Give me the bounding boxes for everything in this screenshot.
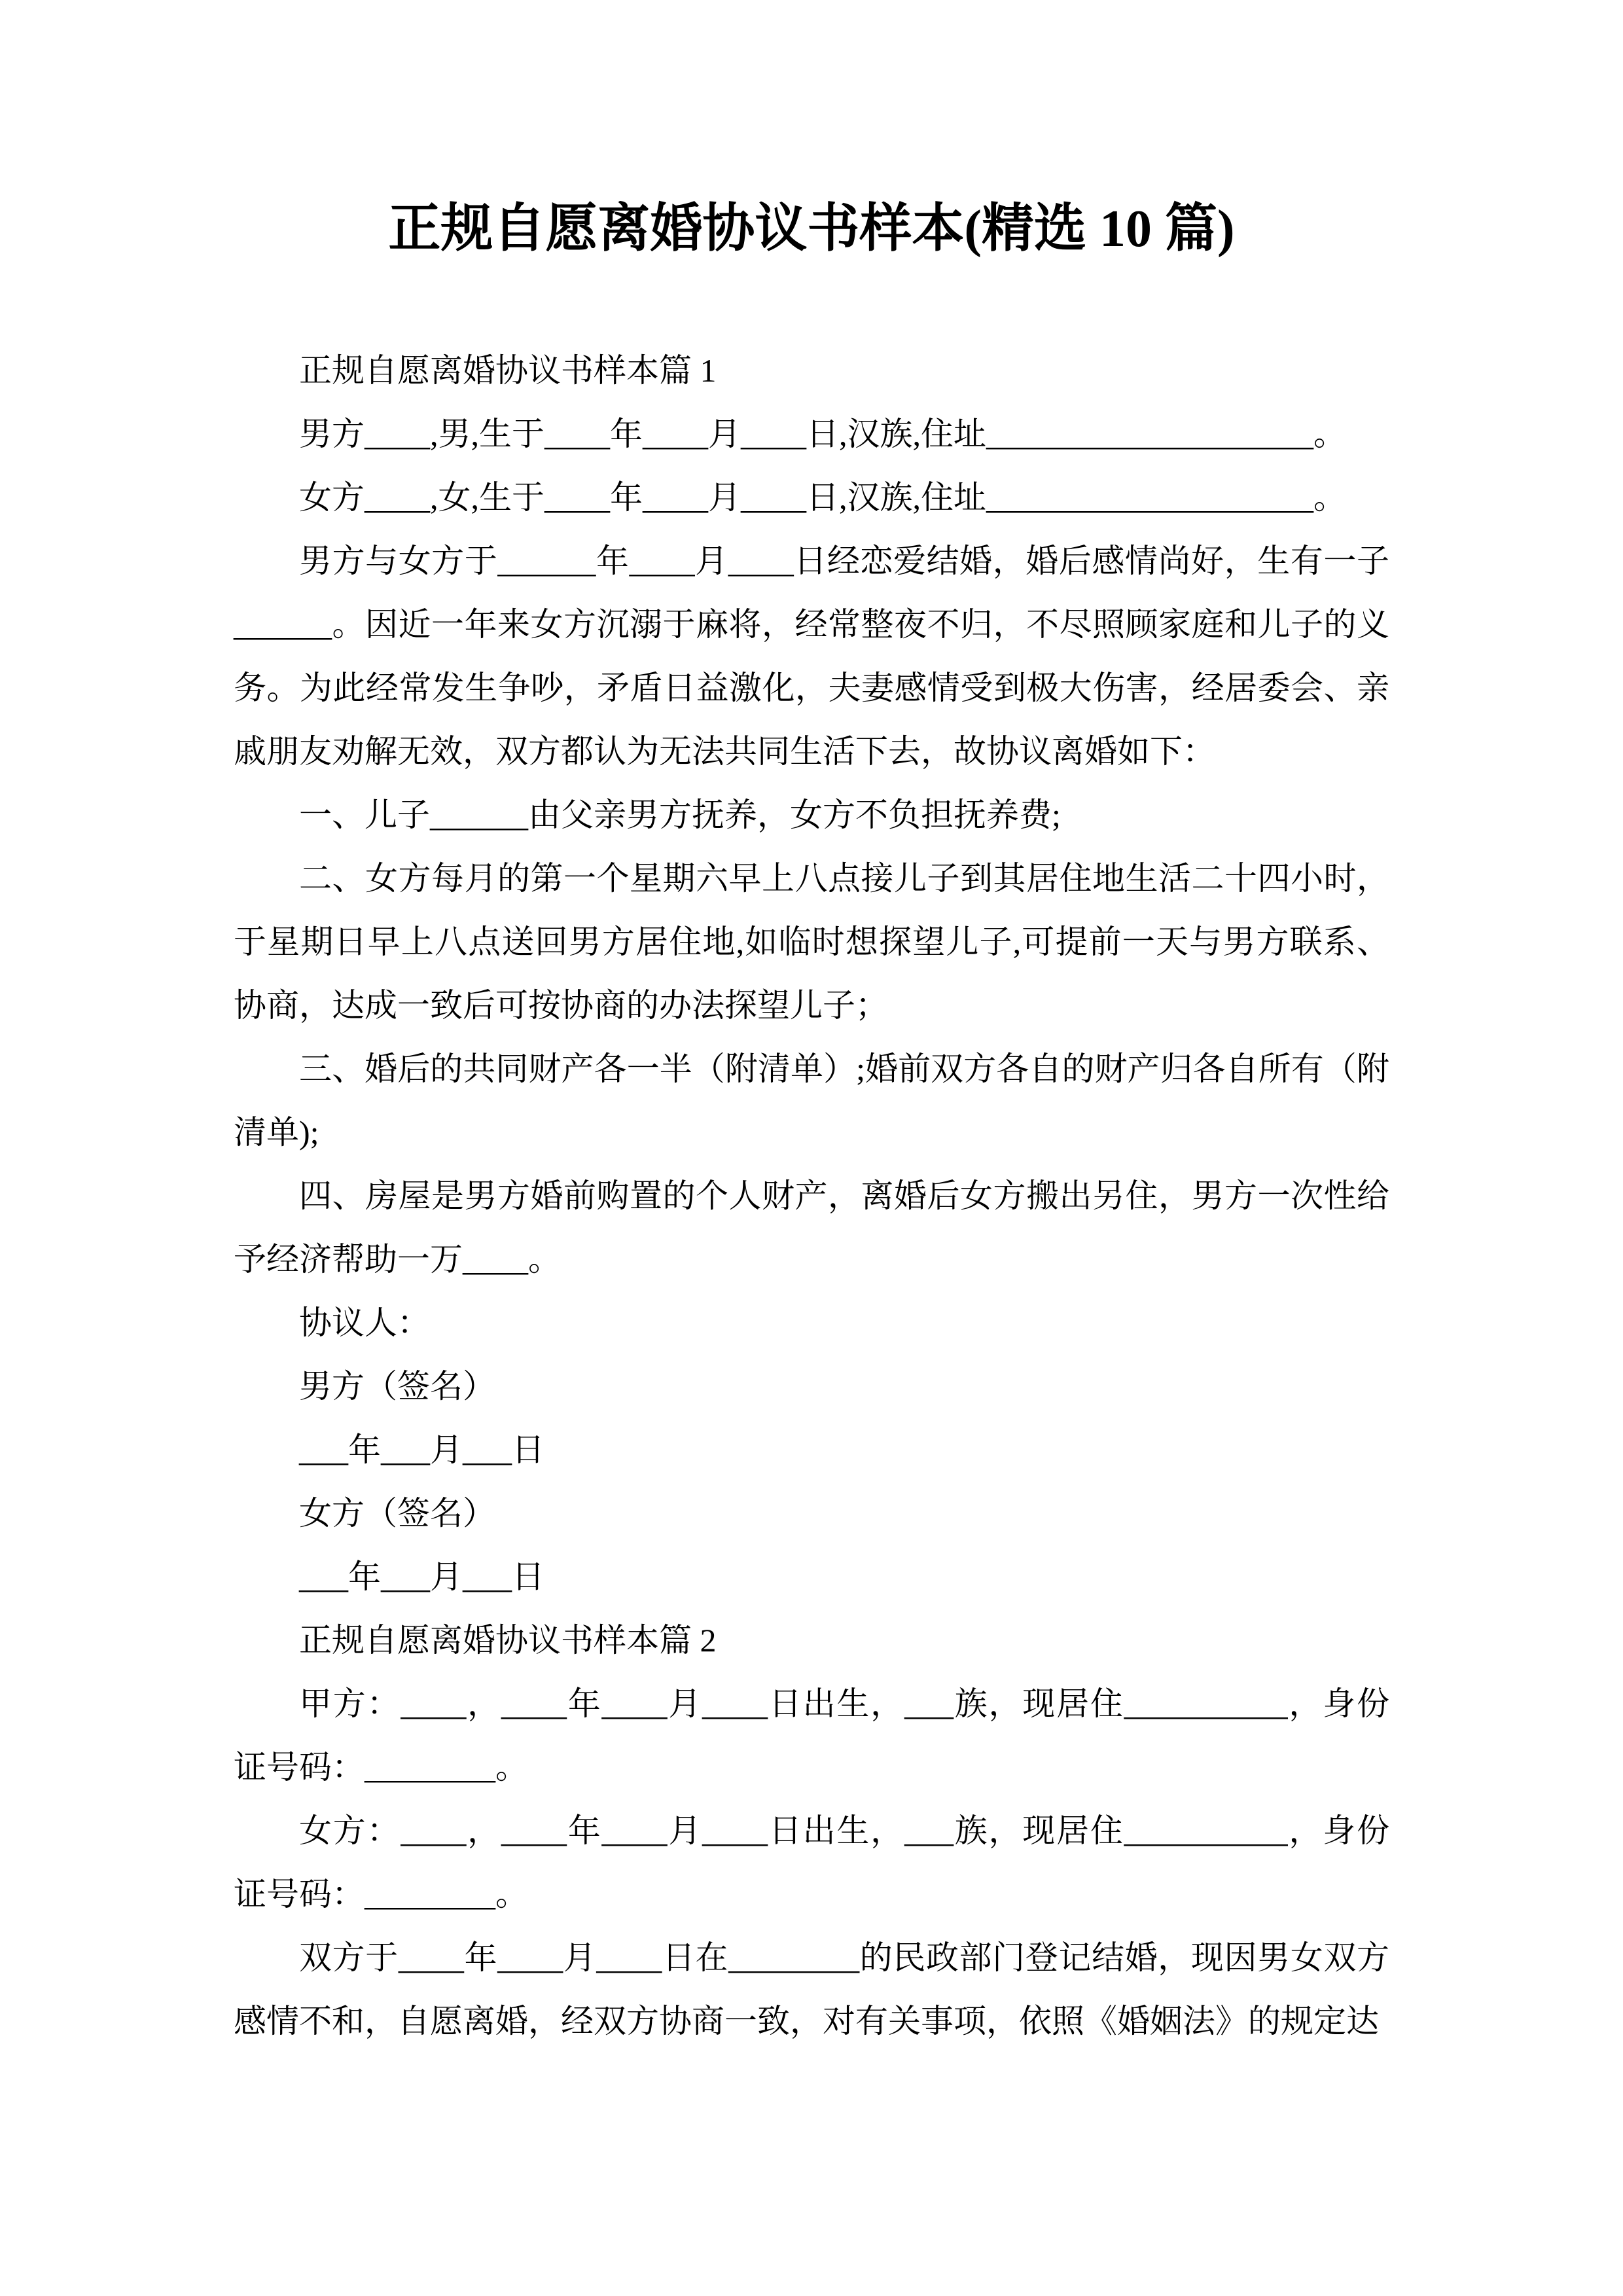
paragraph: 男方（签名） (234, 1355, 1389, 1418)
paragraph: 三、婚后的共同财产各一半（附清单）;婚前双方各自的财产归各自所有（附清单); (234, 1037, 1389, 1164)
paragraph: 协议人： (234, 1291, 1389, 1355)
document-title: 正规自愿离婚协议书样本(精选 10 篇) (234, 196, 1389, 262)
paragraph: ___年___月___日 (234, 1418, 1389, 1482)
paragraph: ___年___月___日 (234, 1545, 1389, 1609)
paragraph: 正规自愿离婚协议书样本篇 1 (234, 339, 1389, 403)
paragraph: 女方____,女,生于____年____月____日,汉族,住址________… (234, 466, 1389, 529)
paragraph: 女方（签名） (234, 1482, 1389, 1545)
paragraph: 男方与女方于______年____月____日经恋爱结婚，婚后感情尚好，生有一子… (234, 529, 1389, 783)
document-body: 正规自愿离婚协议书样本篇 1男方____,男,生于____年____月____日… (234, 339, 1389, 2053)
paragraph: 双方于____年____月____日在________的民政部门登记结婚，现因男… (234, 1926, 1389, 2053)
paragraph: 一、儿子______由父亲男方抚养，女方不负担抚养费; (234, 783, 1389, 847)
paragraph: 正规自愿离婚协议书样本篇 2 (234, 1609, 1389, 1672)
paragraph: 男方____,男,生于____年____月____日,汉族,住址________… (234, 403, 1389, 466)
paragraph: 甲方：____，____年____月____日出生，___族，现居住______… (234, 1672, 1389, 1799)
paragraph: 女方：____，____年____月____日出生，___族，现居住______… (234, 1799, 1389, 1926)
paragraph: 四、房屋是男方婚前购置的个人财产，离婚后女方搬出另住，男方一次性给予经济帮助一万… (234, 1164, 1389, 1291)
document-page: 正规自愿离婚协议书样本(精选 10 篇) 正规自愿离婚协议书样本篇 1男方___… (0, 0, 1623, 2296)
paragraph: 二、女方每月的第一个星期六早上八点接儿子到其居住地生活二十四小时，于星期日早上八… (234, 847, 1389, 1037)
